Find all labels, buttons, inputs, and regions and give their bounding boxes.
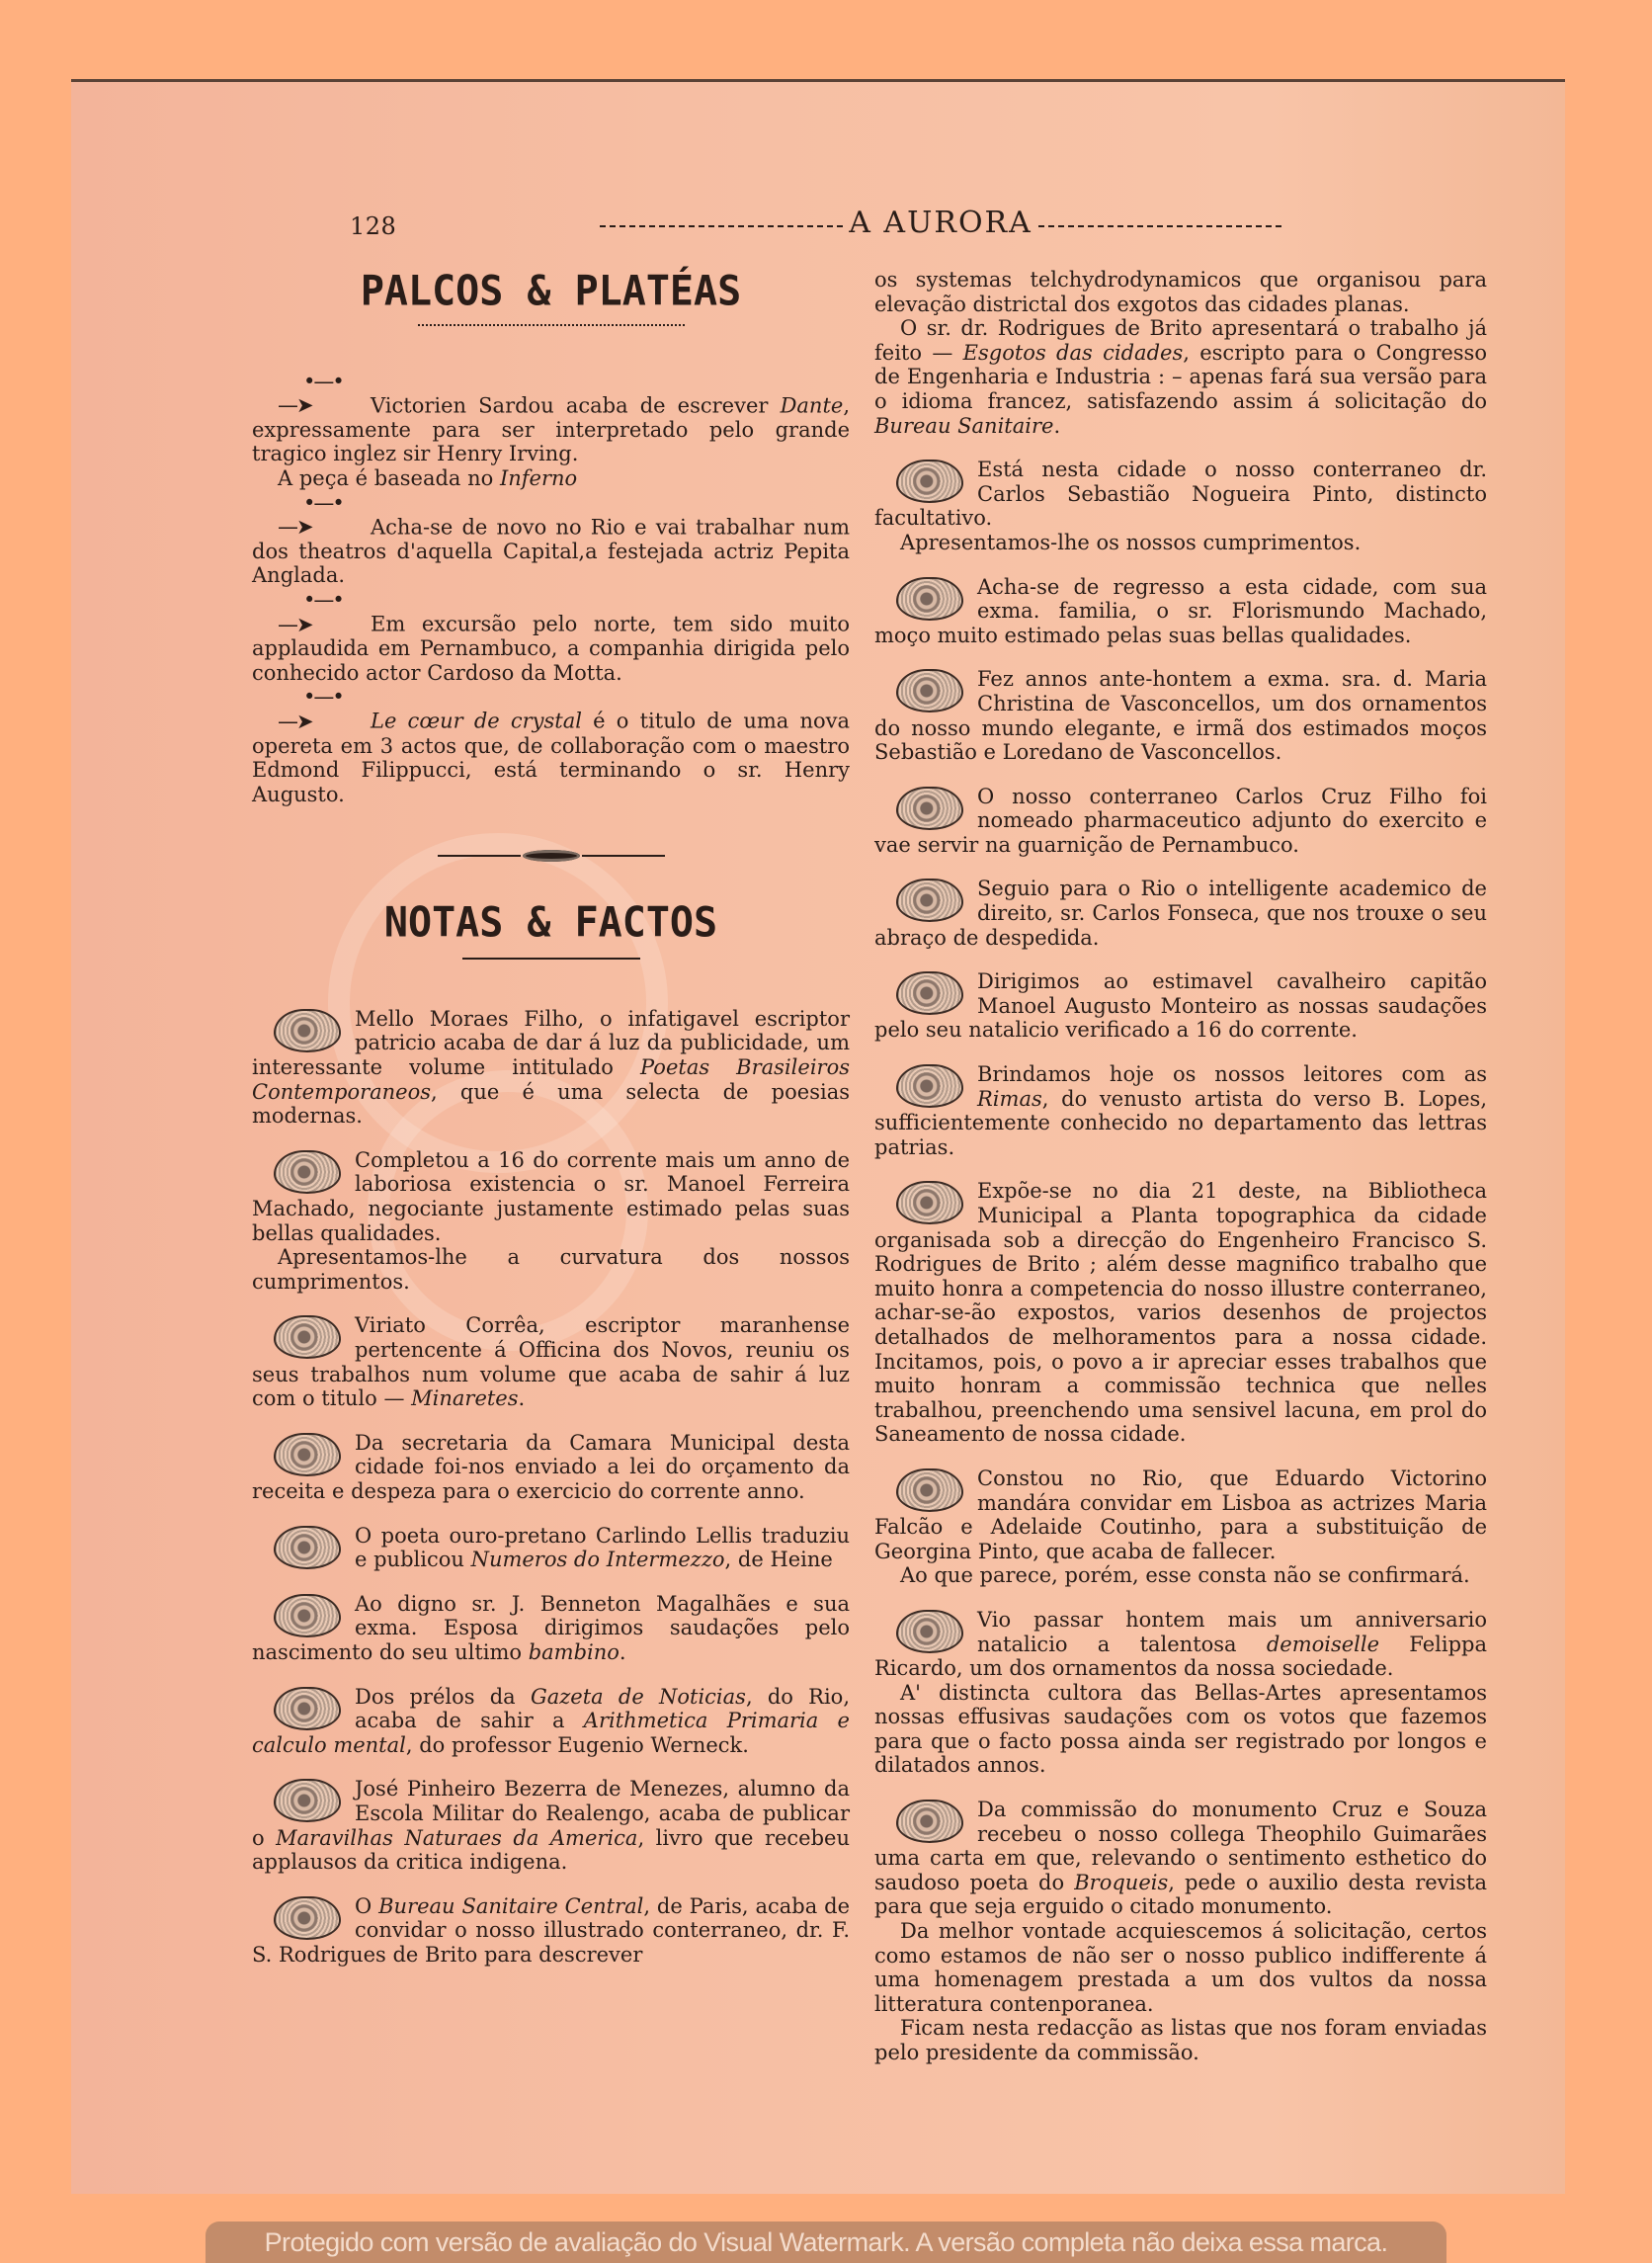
note-item: Completou a 16 do corrente mais um anno …: [252, 1148, 850, 1245]
note-item: O Bureau Sanitaire Central, de Paris, ac…: [252, 1894, 850, 1968]
text-run: Ficam nesta redacção as listas que nos f…: [874, 2016, 1487, 2064]
note-item: Expõe-se no dia 21 deste, na Bibliotheca…: [874, 1179, 1487, 1447]
note-item: Da melhor vontade acquiescemos á solicit…: [874, 1919, 1487, 2016]
note-item: Mello Moraes Filho, o infatigavel escrip…: [252, 1007, 850, 1129]
note-item: Seguio para o Rio o intelligente academi…: [874, 877, 1487, 950]
left-column: PALCOS & PLATÉAS •—•—➤Victorien Sardou a…: [252, 280, 850, 1967]
heart-ornament-icon: [274, 1594, 341, 1637]
publication-title: A AURORA: [849, 206, 1032, 240]
text-run: Seguio para o Rio o intelligente academi…: [874, 877, 1487, 949]
note-item: Apresentamos-lhe os nossos cumprimentos.: [874, 531, 1487, 555]
text-run: Constou no Rio, que Eduardo Victorino ma…: [874, 1467, 1487, 1563]
note-item: Apresentamos-lhe a curvatura dos nossos …: [252, 1245, 850, 1294]
text-run: O nosso conterraneo Carlos Cruz Filho fo…: [874, 785, 1487, 857]
italic-title: Bureau Sanitaire: [874, 414, 1053, 438]
note-item: A' distincta cultora das Bellas-Artes ap…: [874, 1681, 1487, 1778]
decorative-rule: [1038, 225, 1281, 227]
text-run: Da melhor vontade acquiescemos á solicit…: [874, 1919, 1487, 2016]
heart-ornament-icon: [896, 787, 963, 830]
italic-title: Minaretes: [411, 1386, 518, 1410]
note-item: Ao digno sr. J. Benneton Magalhães e sua…: [252, 1592, 850, 1665]
heart-ornament-icon: [896, 971, 963, 1015]
ornamental-divider: [438, 850, 665, 862]
heart-ornament-icon: [274, 1526, 341, 1569]
heart-ornament-icon: [274, 1315, 341, 1359]
section-title-palcos: PALCOS & PLATÉAS: [252, 279, 850, 304]
text-run: A' distincta cultora das Bellas-Artes ap…: [874, 1681, 1487, 1778]
note-item: O sr. dr. Rodrigues de Brito apresentará…: [874, 316, 1487, 438]
text-run: Completou a 16 do corrente mais um anno …: [252, 1148, 850, 1245]
note-item: os systemas telchydrodynamicos que organ…: [874, 268, 1487, 316]
note-item: Dirigimos ao estimavel cavalheiro capitã…: [874, 969, 1487, 1043]
news-item: •—•—➤Le cœur de crystal é o titulo de um…: [252, 685, 850, 806]
news-item: •—•—➤Acha-se de novo no Rio e vai trabal…: [252, 491, 850, 588]
text-run: , de Heine: [725, 1548, 833, 1571]
note-item: Acha-se de regresso a esta cidade, com s…: [874, 575, 1487, 648]
heart-ornament-icon: [896, 669, 963, 712]
news-item: •—•—➤Em excursão pelo norte, tem sido mu…: [252, 588, 850, 685]
page-number: 128: [350, 212, 396, 240]
text-run: Acha-se de regresso a esta cidade, com s…: [874, 575, 1487, 647]
text-run: .: [619, 1640, 626, 1664]
note-item: Dos prélos da Gazeta de Noticias, do Rio…: [252, 1685, 850, 1758]
heart-ornament-icon: [896, 460, 963, 503]
italic-title: Gazeta de Noticias: [531, 1685, 746, 1709]
italic-title: Bureau Sanitaire Central: [378, 1894, 643, 1918]
text-run: Viriato Corrêa, escriptor maranhense per…: [252, 1313, 850, 1410]
arrow-icon: •—•—➤: [278, 370, 361, 418]
heart-ornament-icon: [274, 1009, 341, 1052]
heart-ornament-icon: [896, 1181, 963, 1224]
note-item: Está nesta cidade o nosso conterraneo dr…: [874, 458, 1487, 531]
italic-title: Numeros do Intermezzo: [471, 1548, 725, 1571]
decorative-rule: [600, 225, 843, 227]
note-item: Da commissão do monumento Cruz e Souza r…: [874, 1798, 1487, 1919]
text-run: Fez annos ante-hontem a exma. sra. d. Ma…: [874, 667, 1487, 764]
heart-ornament-icon: [896, 1800, 963, 1843]
news-item: •—•—➤Victorien Sardou acaba de escrever …: [252, 370, 850, 466]
text-run: A peça é baseada no: [278, 466, 500, 490]
notas-right-items: os systemas telchydrodynamicos que organ…: [874, 268, 1487, 2065]
italic-title: Le cœur de crystal: [371, 710, 582, 733]
news-item: A peça é baseada no Inferno: [252, 466, 850, 491]
note-item: Da secretaria da Camara Municipal desta …: [252, 1431, 850, 1504]
text-run: os systemas telchydrodynamicos que organ…: [874, 268, 1487, 316]
text-run: Victorien Sardou acaba de escrever: [371, 393, 781, 417]
text-run: Da secretaria da Camara Municipal desta …: [252, 1431, 850, 1503]
italic-title: Broqueis: [1074, 1871, 1168, 1894]
text-run: Apresentamos-lhe a curvatura dos nossos …: [252, 1245, 850, 1294]
note-item: Ficam nesta redacção as listas que nos f…: [874, 2016, 1487, 2064]
right-column: os systemas telchydrodynamicos que organ…: [874, 268, 1487, 2065]
arrow-icon: •—•—➤: [278, 685, 361, 733]
italic-title: demoiselle: [1267, 1633, 1379, 1656]
note-item: José Pinheiro Bezerra de Menezes, alumno…: [252, 1777, 850, 1874]
note-item: Brindamos hoje os nossos leitores com as…: [874, 1062, 1487, 1159]
note-item: Vio passar hontem mais um anniversario n…: [874, 1608, 1487, 1681]
text-run: Expõe-se no dia 21 deste, na Bibliotheca…: [874, 1179, 1487, 1446]
heart-ornament-icon: [896, 1468, 963, 1512]
italic-title: Rimas: [977, 1087, 1042, 1111]
arrow-icon: •—•—➤: [278, 491, 361, 540]
italic-title: Dante: [781, 393, 844, 417]
text-run: O: [355, 1894, 378, 1918]
decorative-squiggle: [418, 316, 685, 326]
text-run: Brindamos hoje os nossos leitores com as: [977, 1062, 1487, 1086]
section-title-notas: NOTAS & FACTOS: [252, 911, 850, 937]
note-item: O nosso conterraneo Carlos Cruz Filho fo…: [874, 785, 1487, 858]
notas-left-items: Mello Moraes Filho, o infatigavel escrip…: [252, 1007, 850, 1968]
running-head: A AURORA: [600, 206, 1281, 240]
heart-ornament-icon: [274, 1433, 341, 1476]
heart-ornament-icon: [896, 879, 963, 922]
text-run: Apresentamos-lhe os nossos cumprimentos.: [900, 531, 1361, 554]
note-item: Viriato Corrêa, escriptor maranhense per…: [252, 1313, 850, 1410]
italic-title: Maravilhas Naturaes da America: [276, 1826, 637, 1850]
text-run: Dos prélos da: [355, 1685, 531, 1709]
note-item: Fez annos ante-hontem a exma. sra. d. Ma…: [874, 667, 1487, 764]
heart-ornament-icon: [274, 1896, 341, 1940]
heart-ornament-icon: [896, 1610, 963, 1653]
text-run: Está nesta cidade o nosso conterraneo dr…: [874, 458, 1487, 530]
note-item: Constou no Rio, que Eduardo Victorino ma…: [874, 1467, 1487, 1563]
italic-title: Inferno: [500, 466, 577, 490]
italic-title: bambino: [529, 1640, 619, 1664]
text-run: , do venusto artista do verso B. Lopes, …: [874, 1087, 1487, 1159]
text-run: Dirigimos ao estimavel cavalheiro capitã…: [874, 969, 1487, 1042]
heart-ornament-icon: [896, 577, 963, 621]
text-run: Ao que parece, porém, esse consta não se…: [900, 1563, 1470, 1587]
text-run: .: [519, 1386, 526, 1410]
note-item: Ao que parece, porém, esse consta não se…: [874, 1563, 1487, 1588]
text-run: .: [1053, 414, 1060, 438]
arrow-icon: •—•—➤: [278, 588, 361, 636]
note-item: O poeta ouro-pretano Carlindo Lellis tra…: [252, 1524, 850, 1572]
newspaper-page: 128 A AURORA PALCOS & PLATÉAS •—•—➤Victo…: [71, 79, 1565, 2194]
italic-title: Esgotos das cidades: [963, 341, 1184, 365]
heart-ornament-icon: [896, 1064, 963, 1108]
text-run: , do professor Eugenio Werneck.: [406, 1733, 749, 1757]
heart-ornament-icon: [274, 1150, 341, 1194]
heart-ornament-icon: [274, 1779, 341, 1822]
watermark-notice: Protegido com versão de avaliação do Vis…: [206, 2221, 1446, 2263]
heart-ornament-icon: [274, 1687, 341, 1730]
palcos-items: •—•—➤Victorien Sardou acaba de escrever …: [252, 370, 850, 807]
